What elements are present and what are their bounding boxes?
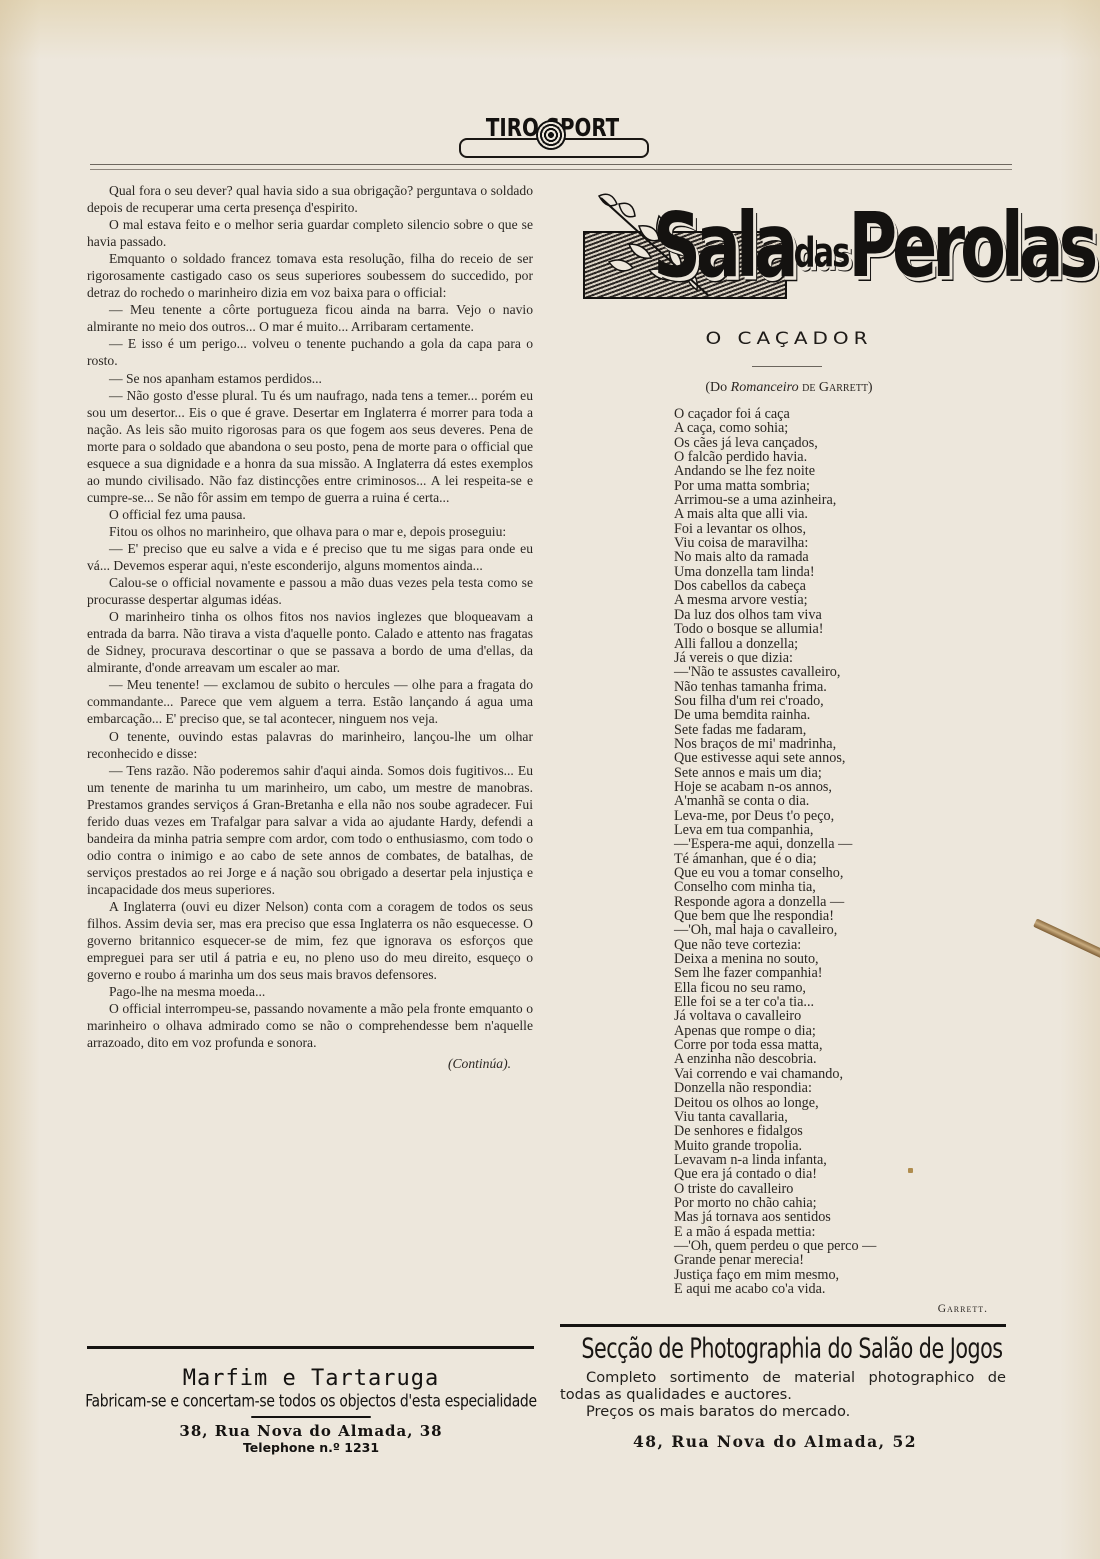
ad-body-line: Preços os mais baratos do mercado. bbox=[560, 1403, 1006, 1420]
poem-line: Levavam n-a linda infanta, bbox=[674, 1153, 974, 1167]
article-paragraph: — Meu tenente a côrte portugueza ficou a… bbox=[87, 301, 533, 335]
section-title-part: Perolas bbox=[848, 194, 1093, 297]
article-paragraph: Calou-se o official novamente e passou a… bbox=[87, 574, 533, 608]
poem-line: A enzinha não descobria. bbox=[674, 1052, 974, 1066]
article-paragraph: O official fez uma pausa. bbox=[87, 506, 533, 523]
article-paragraph: O official interrompeu-se, passando nova… bbox=[87, 1000, 533, 1051]
ad-divider-right bbox=[560, 1324, 1006, 1327]
poem-line: Por morto no chão cahia; bbox=[674, 1196, 974, 1210]
section-title-part: Sala bbox=[653, 194, 794, 297]
poem-line: O triste do cavalleiro bbox=[674, 1182, 974, 1196]
poem-line: Sete annos e mais um dia; bbox=[674, 766, 974, 780]
article-paragraph: O marinheiro tinha os olhos fitos nos na… bbox=[87, 608, 533, 676]
poem-line: Já vereis o que dizia: bbox=[674, 651, 974, 665]
article-paragraph: — Se nos apanham estamos perdidos... bbox=[87, 370, 533, 387]
poem-line: Sete fadas me fadaram, bbox=[674, 723, 974, 737]
poem-line: Viu coisa de maravilha: bbox=[674, 536, 974, 550]
article-column: Qual fora o seu dever? qual havia sido a… bbox=[87, 182, 533, 1072]
poem-line: Por uma matta sombria; bbox=[674, 479, 974, 493]
wood-splinter-artifact bbox=[1033, 918, 1100, 964]
poem-line: Donzella não respondia: bbox=[674, 1081, 974, 1095]
article-paragraph: — Tens razão. Não poderemos sahir d'aqui… bbox=[87, 762, 533, 898]
poem-line: O falcão perdido havia. bbox=[674, 450, 974, 464]
source-suffix: de Garrett) bbox=[799, 380, 873, 395]
poem-title: O CAÇADOR bbox=[583, 328, 995, 348]
poem-line: De uma bemdita rainha. bbox=[674, 708, 974, 722]
ad-address: 38, Rua Nova do Almada, 38 bbox=[85, 1422, 537, 1440]
poem-body: O caçador foi á caçaA caça, como sohia;O… bbox=[674, 407, 974, 1296]
article-paragraph: Fitou os olhos no marinheiro, que olhava… bbox=[87, 523, 533, 540]
poem-line: A mais alta que alli via. bbox=[674, 507, 974, 521]
poem-line: Apenas que rompe o dia; bbox=[674, 1024, 974, 1038]
poem-line: Conselho com minha tia, bbox=[674, 880, 974, 894]
ad-divider-left bbox=[87, 1346, 534, 1349]
poem-line: Sou filha d'um rei c'roado, bbox=[674, 694, 974, 708]
poem-line: Té ámanhan, que é o dia; bbox=[674, 852, 974, 866]
poem-line: Responde agora a donzella — bbox=[674, 895, 974, 909]
ornament-rule-icon bbox=[251, 1414, 371, 1420]
poem-line: Hoje se acabam n-os annos, bbox=[674, 780, 974, 794]
poem-line: Arrimou-se a uma azinheira, bbox=[674, 493, 974, 507]
poem-line: Grande penar merecia! bbox=[674, 1253, 974, 1267]
header-divider bbox=[90, 164, 1012, 170]
poem-line: E a mão á espada mettia: bbox=[674, 1225, 974, 1239]
poem-title-rule bbox=[752, 366, 822, 367]
poem-line: —'Oh, mal haja o cavalleiro, bbox=[674, 923, 974, 937]
masthead-logo: TIRO SPORT bbox=[455, 112, 650, 162]
poem-line: Corre por toda essa matta, bbox=[674, 1038, 974, 1052]
ad-body-line: Completo sortimento de material photogra… bbox=[560, 1369, 1006, 1403]
section-title: SaladasPerolas bbox=[653, 186, 998, 330]
poem-line: —'Não te assustes cavalleiro, bbox=[674, 665, 974, 679]
poem-line: Que era já contado o dia! bbox=[674, 1167, 974, 1181]
poem-line: Todo o bosque se allumia! bbox=[674, 622, 974, 636]
ad-telephone: Telephone n.º 1231 bbox=[85, 1440, 537, 1455]
ad-title: Marfim e Tartaruga bbox=[85, 1366, 537, 1391]
article-paragraph: Pago-lhe na mesma moeda... bbox=[87, 983, 533, 1000]
poem-line: Dos cabellos da cabeça bbox=[674, 579, 974, 593]
article-paragraph: A Inglaterra (ouvi eu dizer Nelson) cont… bbox=[87, 898, 533, 983]
poem-line: Ella ficou no seu ramo, bbox=[674, 981, 974, 995]
section-title-part: das bbox=[794, 229, 849, 277]
poem-line: Já voltava o cavalleiro bbox=[674, 1009, 974, 1023]
poem-line: Leva em tua companhia, bbox=[674, 823, 974, 837]
poem-line: Que estivesse aqui sete annos, bbox=[674, 751, 974, 765]
poem-line: Foi a levantar os olhos, bbox=[674, 522, 974, 536]
poem-line: Os cães já leva cançados, bbox=[674, 436, 974, 450]
poem-line: Que não teve cortezia: bbox=[674, 938, 974, 952]
paper-speck bbox=[908, 1168, 913, 1173]
poem-line: Nos braços de mi' madrinha, bbox=[674, 737, 974, 751]
article-paragraph: O tenente, ouvindo estas palavras do mar… bbox=[87, 728, 533, 762]
poem-line: E aqui me acabo co'a vida. bbox=[674, 1282, 974, 1296]
article-paragraph: Emquanto o soldado francez tomava esta r… bbox=[87, 250, 533, 301]
poem-line: Não tenhas tamanha frima. bbox=[674, 680, 974, 694]
article-paragraph: O mal estava feito e o melhor seria guar… bbox=[87, 216, 533, 250]
article-paragraph: — Não gosto d'esse plural. Tu és um nauf… bbox=[87, 387, 533, 506]
poem-line: O caçador foi á caça bbox=[674, 407, 974, 421]
poem-line: Alli fallou a donzella; bbox=[674, 637, 974, 651]
article-paragraph: — E isso é um perigo... volveu o tenente… bbox=[87, 335, 533, 369]
article-paragraph: — E' preciso que eu salve a vida e é pre… bbox=[87, 540, 533, 574]
poem-author: Garrett. bbox=[860, 1303, 988, 1315]
poem-line: A'manhã se conta o dia. bbox=[674, 794, 974, 808]
poem-line: Deitou os olhos ao longe, bbox=[674, 1096, 974, 1110]
poem-line: —'Espera-me aqui, donzella — bbox=[674, 837, 974, 851]
advertisement-photographia: Secção de Photographia do Salão de Jogos… bbox=[560, 1336, 1006, 1451]
poem-line: Muito grande tropolia. bbox=[674, 1139, 974, 1153]
poem-line: Que bem que lhe respondia! bbox=[674, 909, 974, 923]
ad-body: Completo sortimento de material photogra… bbox=[560, 1369, 1006, 1420]
article-paragraph: Qual fora o seu dever? qual havia sido a… bbox=[87, 182, 533, 216]
ad-title: Secção de Photographia do Salão de Jogos bbox=[578, 1333, 1006, 1364]
poem-line: A mesma arvore vestia; bbox=[674, 593, 974, 607]
poem-line: Da luz dos olhos tam viva bbox=[674, 608, 974, 622]
poem-line: No mais alto da ramada bbox=[674, 550, 974, 564]
poem-source: (Do Romanceiro de Garrett) bbox=[583, 380, 995, 396]
poem-line: Uma donzella tam linda! bbox=[674, 565, 974, 579]
poem-line: Deixa a menina no souto, bbox=[674, 952, 974, 966]
target-icon bbox=[536, 120, 566, 150]
poem-line: Elle foi se a ter co'a tia... bbox=[674, 995, 974, 1009]
poem-line: A caça, como sohia; bbox=[674, 421, 974, 435]
poem-line: Que eu vou a tomar conselho, bbox=[674, 866, 974, 880]
poem-line: Justiça faço em mim mesmo, bbox=[674, 1268, 974, 1282]
poem-line: Sem lhe fazer companhia! bbox=[674, 966, 974, 980]
ad-address: 48, Rua Nova do Almada, 52 bbox=[544, 1432, 1006, 1451]
continued-note: (Continúa). bbox=[87, 1055, 533, 1072]
poem-line: —'Oh, quem perdeu o que perco — bbox=[674, 1239, 974, 1253]
poem-line: Viu tanta cavallaria, bbox=[674, 1110, 974, 1124]
section-banner: SaladasPerolas bbox=[583, 186, 995, 310]
poem-line: De senhores e fidalgos bbox=[674, 1124, 974, 1138]
advertisement-marfim: Marfim e Tartaruga Fabricam-se e concert… bbox=[85, 1366, 537, 1455]
ad-subtitle: Fabricam-se e concertam-se todos os obje… bbox=[85, 1391, 537, 1411]
poem-line: Vai correndo e vai chamando, bbox=[674, 1067, 974, 1081]
article-paragraph: — Meu tenente! — exclamou de subito o he… bbox=[87, 676, 533, 727]
poem-line: Mas já tornava aos sentidos bbox=[674, 1210, 974, 1224]
poem-line: Leva-me, por Deus t'o peço, bbox=[674, 809, 974, 823]
source-work: Romanceiro bbox=[731, 380, 799, 395]
poem-line: Andando se lhe fez noite bbox=[674, 464, 974, 478]
source-prefix: (Do bbox=[705, 380, 730, 395]
